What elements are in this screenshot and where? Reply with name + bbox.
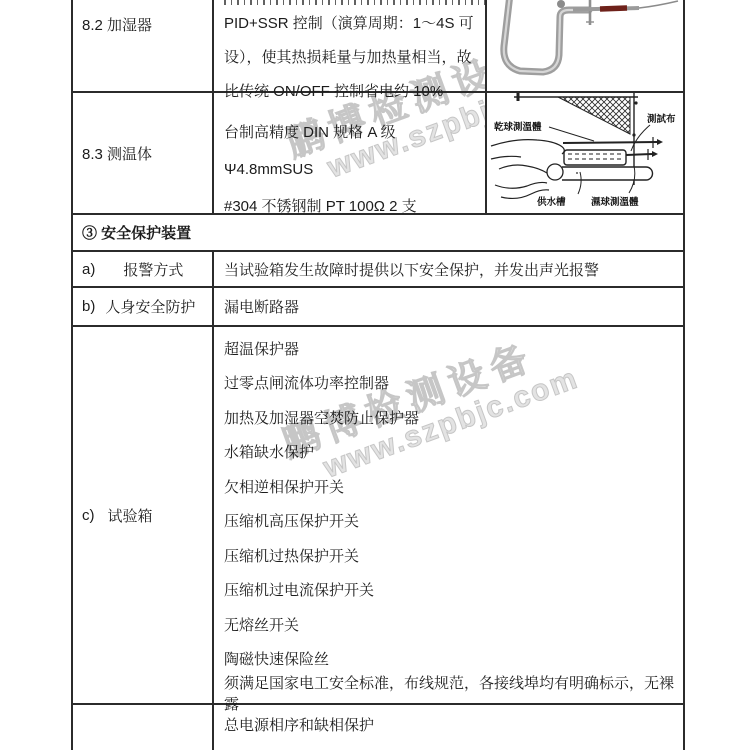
row-label-alarm: a) 报警方式	[73, 252, 214, 286]
protection-item: 过零点闸流体功率控制器	[224, 366, 683, 401]
chamber-label: 试验箱	[108, 505, 153, 526]
personal-safety-label: 人身安全防护	[105, 296, 195, 317]
label-dry-bulb: 乾球測溫體	[494, 121, 542, 133]
table-row-alarm: a) 报警方式 当试验箱发生故障时提供以下安全保护，并发出声光报警	[73, 252, 683, 288]
table-row-humidifier: 8.2 加湿器 PID+SSR 控制（演算周期：1～4S 可 设），使其热损耗量…	[73, 0, 683, 93]
protection-item: 压缩机过电流保护开关	[224, 573, 683, 608]
heater-tube-illustration	[487, 0, 683, 91]
chamber-protection-list: 超温保护器过零点闸流体功率控制器加热及加湿器空焚防止保护器水箱缺水保护欠相逆相保…	[214, 327, 683, 703]
protection-item: 超温保护器	[224, 331, 683, 366]
row-index-a: a)	[82, 261, 95, 278]
personal-safety-content: 漏电断路器	[214, 288, 683, 325]
thermometer-line: #304 不锈钢制 PT 100Ω 2 支	[224, 188, 485, 225]
label-wet-bulb: 濕球測溫體	[591, 196, 639, 208]
protection-item: 压缩机过热保护开关	[224, 538, 683, 573]
row-label-personal-safety: b) 人身安全防护	[73, 288, 214, 325]
thermometer-description: 台制高精度 DIN 规格 A 级 Ψ4.8mmSUS #304 不锈钢制 PT …	[214, 93, 485, 213]
wet-dry-bulb-illustration: 乾球測溫體 測試布 供水槽 濕球測溫體	[487, 93, 683, 213]
row-index-b: b)	[82, 298, 95, 315]
protection-item: 陶磁快速保险丝	[224, 642, 683, 677]
table-row-thermometer: 8.3 测温体 台制高精度 DIN 规格 A 级 Ψ4.8mmSUS #304 …	[73, 93, 683, 215]
tube-weld-dot	[557, 0, 565, 8]
humidifier-description: PID+SSR 控制（演算周期：1～4S 可 设），使其热损耗量与加热量相当，故…	[214, 0, 485, 91]
specification-table: 8.2 加湿器 PID+SSR 控制（演算周期：1～4S 可 设），使其热损耗量…	[71, 0, 685, 750]
label-water-tank: 供水槽	[537, 196, 566, 208]
protection-item: 无熔丝开关	[224, 607, 683, 642]
humidifier-line: 设），使其热损耗量与加热量相当，故	[224, 41, 485, 75]
clipped-text-remnant	[224, 0, 486, 5]
alarm-content: 当试验箱发生故障时提供以下安全保护，并发出声光报警	[214, 252, 683, 286]
alarm-label: 报警方式	[123, 259, 183, 280]
power-protection-content: 总电源相序和缺相保护	[214, 705, 683, 750]
table-row-power-protection: 总电源相序和缺相保护	[73, 705, 683, 750]
wet-dry-bulb-diagram: 乾球測溫體 測試布 供水槽 濕球測溫體	[485, 93, 683, 213]
row-label-humidifier: 8.2 加湿器	[73, 0, 214, 91]
thermometer-line: 台制高精度 DIN 规格 A 级 Ψ4.8mmSUS	[224, 114, 485, 188]
humidifier-line: PID+SSR 控制（演算周期：1～4S 可	[224, 7, 485, 41]
protection-item: 加热及加湿器空焚防止保护器	[224, 400, 683, 435]
protection-item: 压缩机高压保护开关	[224, 504, 683, 539]
row-index-c: c)	[82, 507, 95, 524]
protection-item: 欠相逆相保护开关	[224, 469, 683, 504]
row-label-empty	[73, 705, 214, 750]
row-label-thermometer: 8.3 测温体	[73, 93, 214, 213]
document-page: { "watermark": { "line1": "鹏博检测设备", "lin…	[0, 0, 750, 750]
table-row-personal-safety: b) 人身安全防护 漏电断路器	[73, 288, 683, 327]
protection-item: 水箱缺水保护	[224, 435, 683, 470]
mesh-triangle	[558, 97, 630, 134]
row-label-chamber: c) 试验箱	[73, 327, 214, 703]
label-test-cloth: 測試布	[647, 113, 676, 125]
table-row-chamber: c) 试验箱 超温保护器过零点闸流体功率控制器加热及加湿器空焚防止保护器水箱缺水…	[73, 327, 683, 705]
heater-red-band	[600, 8, 627, 9]
heater-tube-photo	[485, 0, 683, 91]
